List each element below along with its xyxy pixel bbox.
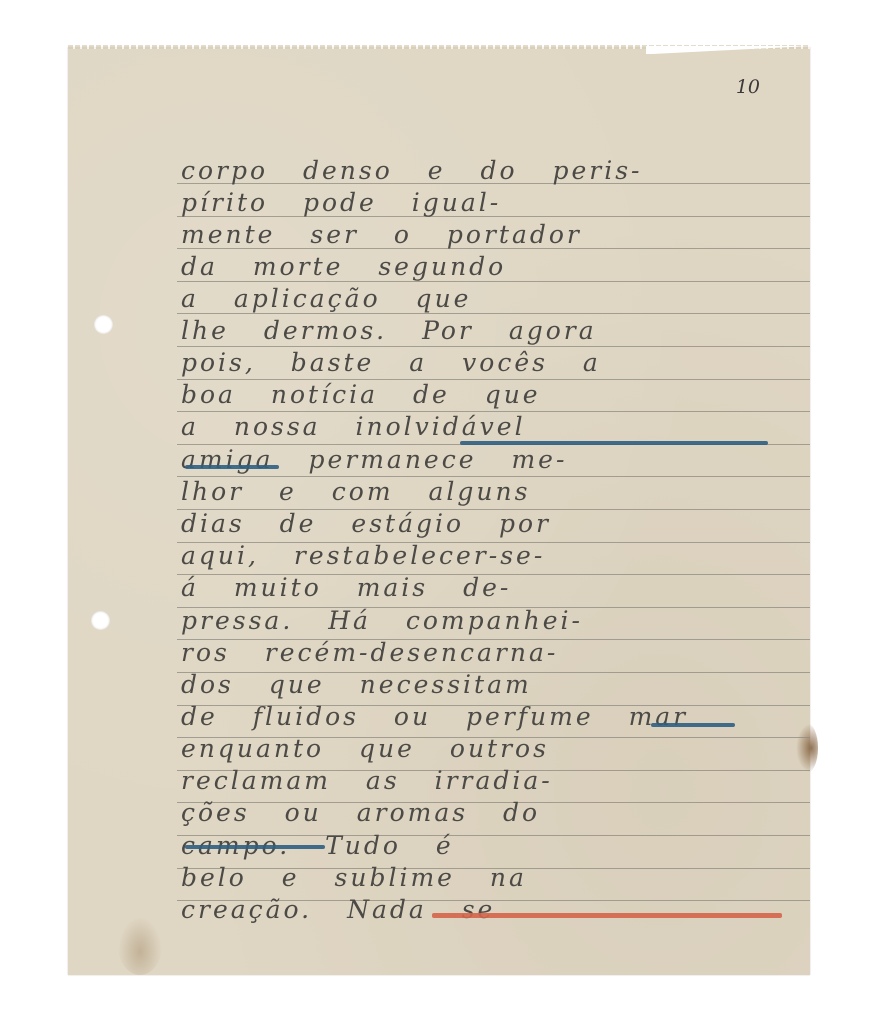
handwritten-line: a aplicação que — [181, 283, 804, 315]
handwritten-line: pois, baste a vocês a — [181, 347, 804, 379]
handwritten-line: creação. Nada se — [181, 894, 804, 926]
handwritten-line: lhe dermos. Por agora — [181, 315, 804, 347]
handwritten-line: lhor e com alguns — [181, 476, 804, 508]
ruled-writing-area: corpo denso e do peris- pírito pode igua… — [177, 47, 810, 975]
punch-hole-bottom — [91, 611, 110, 630]
handwritten-line: dos que necessitam — [181, 669, 804, 701]
handwritten-line: dias de estágio por — [181, 508, 804, 540]
handwritten-line: á muito mais de- — [181, 572, 804, 604]
handwritten-line: ros recém-desencarna- — [181, 637, 804, 669]
handwritten-line: pírito pode igual- — [181, 187, 804, 219]
stain-bottom-left — [118, 917, 162, 975]
handwritten-line: boa notícia de que — [181, 379, 804, 411]
handwritten-line: ções ou aromas do — [181, 797, 804, 829]
underline-amiga — [185, 465, 279, 469]
underline-inolvidavel — [460, 441, 768, 445]
handwritten-line: amiga permanece me- — [181, 444, 804, 476]
handwritten-line: mente ser o portador — [181, 219, 804, 251]
handwritten-line: enquanto que outros — [181, 733, 804, 765]
handwritten-line: belo e sublime na — [181, 862, 804, 894]
handwritten-line: a nossa inolvidável — [181, 411, 804, 443]
handwritten-line: pressa. Há companhei- — [181, 605, 804, 637]
underline-nada-se — [432, 913, 782, 918]
handwritten-line: de fluidos ou perfume mar — [181, 701, 804, 733]
handwritten-line: corpo denso e do peris- — [181, 155, 804, 187]
punch-hole-top — [94, 315, 113, 334]
handwritten-line: reclamam as irradia- — [181, 765, 804, 797]
underline-campo — [185, 845, 325, 849]
handwritten-line: da morte segundo — [181, 251, 804, 283]
underline-mar — [651, 723, 735, 727]
manuscript-page: 10 corpo denso e do peris- pírito pode i… — [68, 47, 810, 975]
handwritten-line: aqui, restabelecer-se- — [181, 540, 804, 572]
